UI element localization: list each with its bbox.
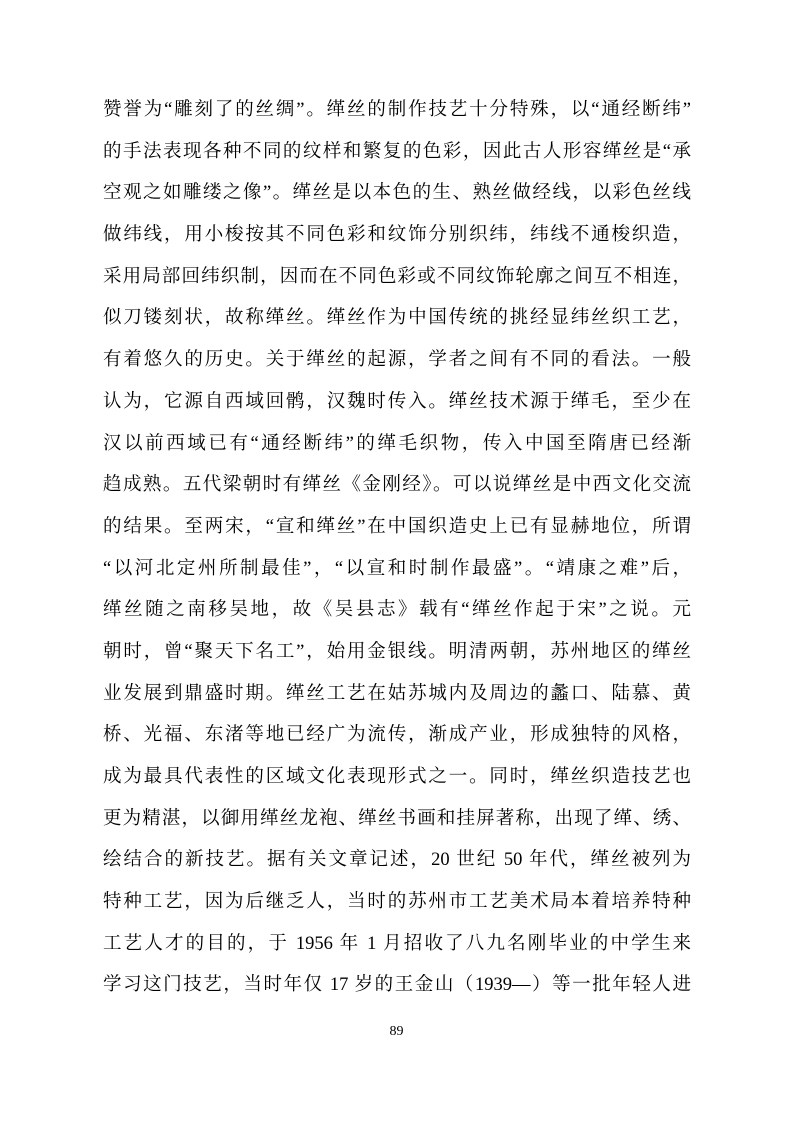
text-line: 的结果。至两宋，“宣和缂丝”在中国织造史上已有显赫地位，所谓 [103,507,691,549]
text-line: 认为，它源自西域回鹘，汉魏时传入。缂丝技术源于缂毛，至少在 [103,382,691,424]
text-line: 工艺人才的目的，于 1956 年 1 月招收了八九名刚毕业的中学生来 [103,924,691,966]
text-line: 似刀镂刻状，故称缂丝。缂丝作为中国传统的挑经显纬丝织工艺， [103,298,691,340]
text-line: 赞誉为“雕刻了的丝绸”。缂丝的制作技艺十分特殊，以“通经断纬” [103,90,691,132]
text-line: “以河北定州所制最佳”，“以宣和时制作最盛”。“靖康之难”后， [103,549,691,591]
paragraph-text: 赞誉为“雕刻了的丝绸”。缂丝的制作技艺十分特殊，以“通经断纬” 的手法表现各种不… [103,90,691,1007]
text-line: 汉以前西域已有“通经断纬”的缂毛织物，传入中国至隋唐已经渐 [103,424,691,466]
page-number: 89 [0,1022,793,1042]
text-line: 朝时，曾“聚天下名工”，始用金银线。明清两朝，苏州地区的缂丝 [103,632,691,674]
text-line: 更为精湛，以御用缂丝龙袍、缂丝书画和挂屏著称，出现了缂、绣、 [103,799,691,841]
text-line: 趋成熟。五代梁朝时有缂丝《金刚经》。可以说缂丝是中西文化交流 [103,465,691,507]
text-line: 学习这门技艺，当时年仅 17 岁的王金山（1939—）等一批年轻人进 [103,965,691,1007]
text-line: 有着悠久的历史。关于缂丝的起源，学者之间有不同的看法。一般 [103,340,691,382]
text-line: 的手法表现各种不同的纹样和繁复的色彩，因此古人形容缂丝是“承 [103,132,691,174]
text-line: 做纬线，用小梭按其不同色彩和纹饰分别织纬，纬线不通梭织造， [103,215,691,257]
text-line: 业发展到鼎盛时期。缂丝工艺在姑苏城内及周边的蠡口、陆慕、黄 [103,674,691,716]
text-line: 特种工艺，因为后继乏人，当时的苏州市工艺美术局本着培养特种 [103,882,691,924]
text-line: 绘结合的新技艺。据有关文章记述，20 世纪 50 年代，缂丝被列为 [103,840,691,882]
text-line: 成为最具代表性的区域文化表现形式之一。同时，缂丝织造技艺也 [103,757,691,799]
text-line: 桥、光福、东渚等地已经广为流传，渐成产业，形成独特的风格， [103,715,691,757]
text-line: 缂丝随之南移吴地，故《吴县志》载有“缂丝作起于宋”之说。元 [103,590,691,632]
document-page: 赞誉为“雕刻了的丝绸”。缂丝的制作技艺十分特殊，以“通经断纬” 的手法表现各种不… [0,0,793,1122]
text-line: 采用局部回纬织制，因而在不同色彩或不同纹饰轮廓之间互不相连， [103,257,691,299]
text-line: 空观之如雕缕之像”。缂丝是以本色的生、熟丝做经线，以彩色丝线 [103,173,691,215]
